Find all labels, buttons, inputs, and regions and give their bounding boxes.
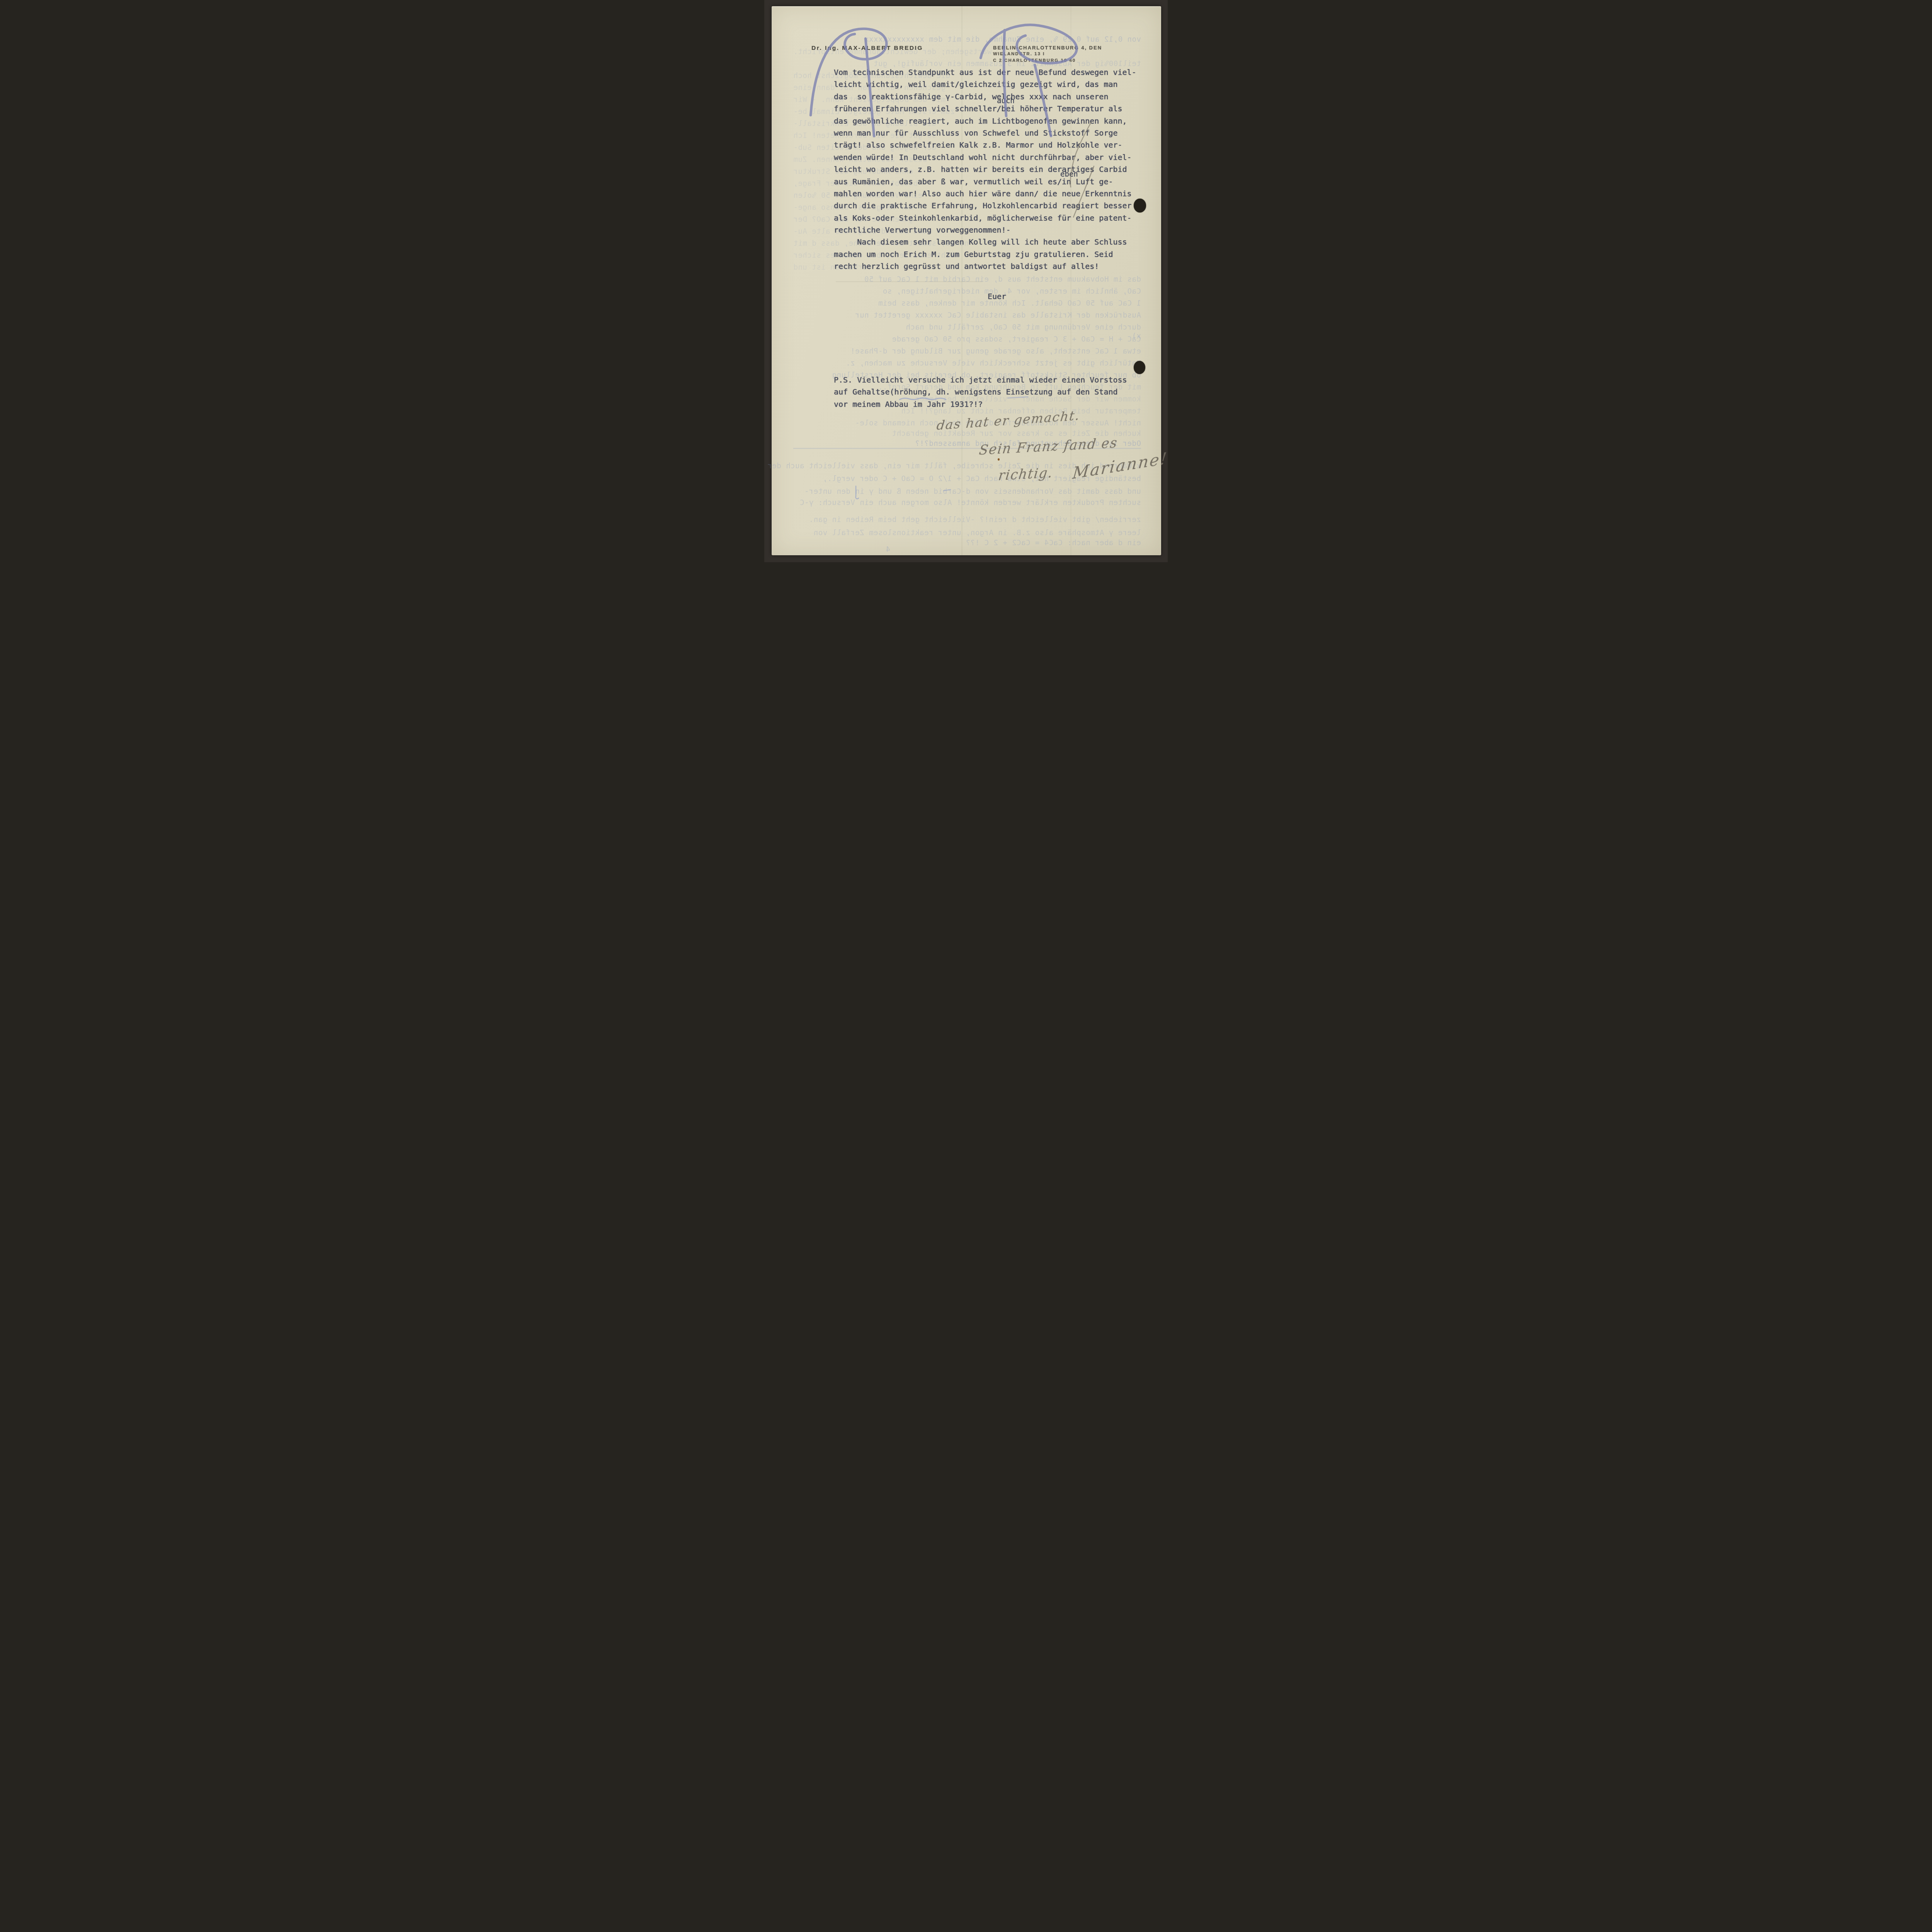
letterhead-name: Dr. Ing. MAX-ALBERT BREDIG (811, 45, 923, 52)
typed-line: das so reaktionsfähige γ-Carbid, welches… (834, 91, 1151, 103)
typed-line: trägt! also schwefelfreien Kalk z.B. Mar… (834, 139, 1151, 151)
hole-punch-top (1134, 199, 1146, 213)
typed-line: mahlen worden war! Also auch hier wäre d… (834, 188, 1151, 200)
hole-punch-bottom (1134, 361, 1145, 374)
bleedthrough-line: leere γ Atmosphäre also z.B. in Argon, u… (793, 529, 1141, 537)
bleedthrough-line: Natürlich gibt es jetzt schrecklich viel… (793, 359, 1141, 367)
bleedthrough-line: Ausdrücken der Kristalle das instabile C… (793, 311, 1141, 319)
postscript-block: P.S. Vielleicht versuche ich jetzt einma… (834, 374, 1151, 410)
letterhead-address-line3: C 2 CHARLOTTENBURG 10 40 (993, 58, 1076, 63)
scanned-letter: von 0,12 auf 0,29 %, eine Zunahme, die m… (764, 0, 1168, 562)
typed-line: als Koks-oder Steinkohlenkarbid, möglich… (834, 212, 1151, 224)
bleedthrough-line: das im Hobvakuum entsteht aus d, ein Car… (793, 276, 1141, 283)
typed-line: Nach diesem sehr langen Kolleg will ich … (834, 236, 1151, 248)
bleedthrough-line: x) (793, 332, 1141, 340)
typed-line: durch die praktische Erfahrung, Holzkohl… (834, 200, 1151, 212)
typed-body: Vom technischen Standpunkt aus ist der n… (834, 66, 1151, 273)
typed-line: wenden würde! In Deutschland wohl nicht … (834, 151, 1151, 163)
typed-line: früheren Erfahrungen viel schneller/bei … (834, 103, 1151, 115)
typed-line: leicht wo anders, z.B. hatten wir bereit… (834, 163, 1151, 175)
typed-insertion-eben: eben (1060, 170, 1078, 179)
letterhead-address-line2: WIELANDSTR. 13 I (993, 52, 1045, 56)
typed-line: aus Rumänien, das aber ß war, vermutlich… (834, 176, 1151, 188)
bleedthrough-line: zerrieben/ gibt vielleicht d rein!? -Vie… (793, 516, 1141, 524)
bleedthrough-line: von 0,12 auf 0,29 %, eine Zunahme, die m… (793, 36, 1141, 43)
typed-line: wenn man nur für Ausschluss von Schwefel… (834, 127, 1151, 139)
bleedthrough-line: CaO, ähnlich im ersten, vor 4, dem niedr… (793, 287, 1141, 295)
postscript-line: auf Gehaltse(hröhung, dh. wenigstens Ein… (834, 386, 1151, 398)
bleedthrough-line: 4 (821, 546, 890, 553)
typed-insertion-auch: auch (997, 97, 1015, 105)
typed-line: leicht wichtig, weil damit/gleichzeitig … (834, 78, 1151, 90)
bleedthrough-line: suchten Produkten erklärt werden könnte!… (793, 499, 1141, 507)
postscript-line: vor meinem Abbau im Jahr 1931?!? (834, 398, 1151, 410)
postscript-line: P.S. Vielleicht versuche ich jetzt einma… (834, 374, 1151, 386)
bleedthrough-line: etwa 1 CaC entsteht, also gerade genug z… (793, 347, 1141, 355)
bleedthrough-line: 1 CaC auf 50 CaO Gehalt. Ich könnte mir … (793, 299, 1141, 307)
typed-line: Vom technischen Standpunkt aus ist der n… (834, 66, 1151, 78)
handwritten-line3: richtig. (998, 465, 1054, 484)
bleedthrough-line: und dass damit das Vorhandenseis von d-C… (793, 488, 1141, 495)
bleedthrough-line: durch eine Verdünnung mit 50 CaO, zerfäl… (793, 323, 1141, 331)
typed-line: recht herzlich gegrüsst und antwortet ba… (834, 260, 1151, 272)
closing-euer: Euer (988, 291, 1006, 303)
letterhead-address-line1: BERLIN-CHARLOTTENBURG 4, DEN (993, 45, 1102, 51)
typed-line: das gewöhnliche reagiert, auch im Lichtb… (834, 115, 1151, 127)
typed-line: rechtliche Verwertung vorweggenommen!- (834, 224, 1151, 236)
typed-line: machen um noch Erich M. zum Geburtstag z… (834, 248, 1151, 260)
rust-fleck (998, 458, 1000, 461)
